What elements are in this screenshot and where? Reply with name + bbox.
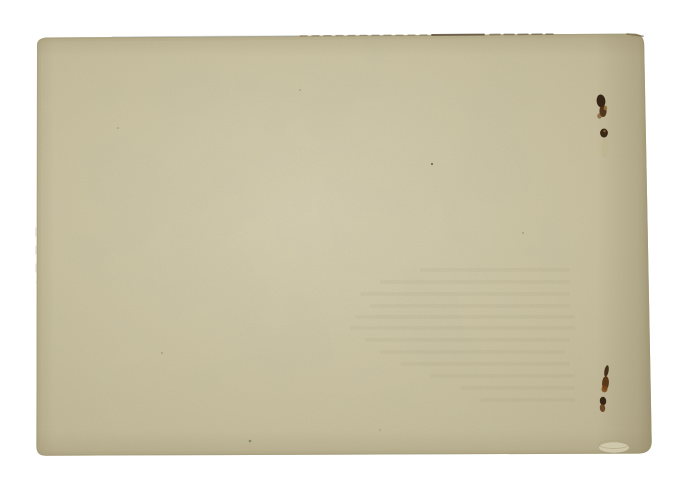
staple-rust-stain-top-upper bbox=[597, 113, 602, 118]
ghost-text-row bbox=[420, 268, 570, 272]
scanned-page-image bbox=[0, 0, 680, 490]
ghost-text-row bbox=[400, 362, 570, 366]
paper-grain-texture bbox=[30, 28, 658, 462]
paper-speck bbox=[431, 163, 433, 165]
ghost-text-row bbox=[430, 374, 575, 378]
ghost-text-row bbox=[370, 304, 570, 308]
top-edge-shading bbox=[30, 30, 658, 56]
paper-speck bbox=[379, 429, 381, 431]
paper-speck bbox=[249, 440, 252, 443]
right-edge-rust-dot bbox=[652, 378, 657, 385]
staple-rust-stain-bottom-upper bbox=[602, 386, 608, 393]
top-edge-wear-line bbox=[300, 35, 432, 36]
staple-rust-stain-top-upper-glint bbox=[604, 106, 607, 111]
paper-speck bbox=[117, 127, 119, 129]
staple-rust-stain-top-lower-glint bbox=[603, 130, 605, 133]
ghost-text-row bbox=[360, 292, 570, 296]
paper-surface-detail bbox=[30, 28, 658, 464]
ghost-text-row bbox=[460, 386, 575, 390]
ghost-text-row bbox=[355, 315, 575, 319]
ghost-text-row bbox=[380, 350, 565, 354]
paper-speck bbox=[299, 89, 301, 91]
right-edge-notch bbox=[651, 324, 654, 329]
ghost-text-row bbox=[350, 326, 575, 330]
paper-speck bbox=[522, 232, 524, 234]
ghost-text-row bbox=[365, 338, 570, 342]
ghost-text-row bbox=[380, 280, 570, 284]
canvas-background bbox=[0, 0, 680, 490]
paper-speck bbox=[161, 352, 163, 354]
ghost-text-row bbox=[480, 398, 575, 402]
